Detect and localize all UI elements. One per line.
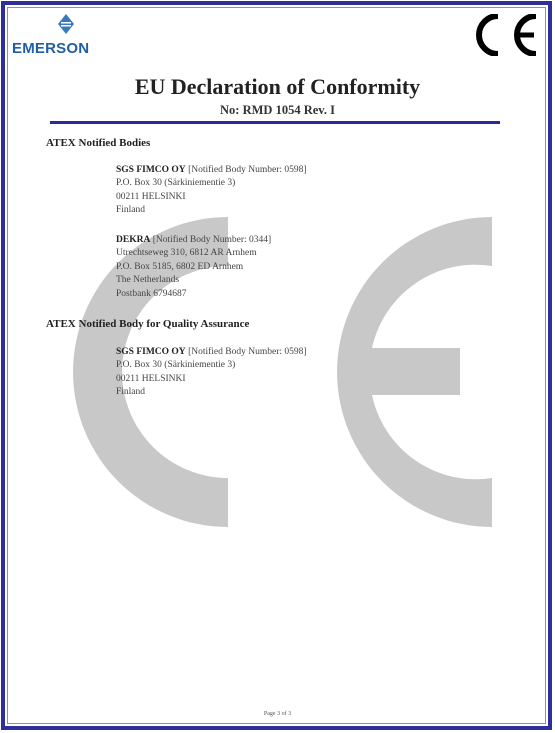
address-line: 00211 HELSINKI [116,191,307,204]
section-heading-quality-assurance: ATEX Notified Body for Quality Assurance [46,318,249,330]
header-rule [50,121,500,124]
document-number: No: RMD 1054 Rev. I [0,103,555,118]
entry-note: [Notified Body Number: 0344] [153,235,271,245]
emerson-diamond-icon [58,14,74,34]
address-line: P.O. Box 30 (Särkiniementie 3) [116,177,307,190]
address-line: Postbank 6794687 [116,288,271,301]
notified-body-entry: DEKRA [Notified Body Number: 0344] Utrec… [116,234,271,301]
entry-name: SGS FIMCO OY [116,165,186,175]
address-line: P.O. Box 30 (Särkiniementie 3) [116,359,307,372]
ce-mark-icon [466,14,540,56]
address-line: Finland [116,386,307,399]
address-line: 00211 HELSINKI [116,373,307,386]
notified-body-entry: SGS FIMCO OY [Notified Body Number: 0598… [116,346,307,400]
notified-body-entry: SGS FIMCO OY [Notified Body Number: 0598… [116,164,307,218]
entry-note: [Notified Body Number: 0598] [188,165,306,175]
entry-note: [Notified Body Number: 0598] [188,347,306,357]
address-line: The Netherlands [116,274,271,287]
page-number: Page 3 of 3 [0,711,555,717]
page-title: EU Declaration of Conformity [0,74,555,100]
emerson-logo: EMERSON [12,14,112,58]
entry-name: SGS FIMCO OY [116,347,186,357]
entry-name: DEKRA [116,235,150,245]
logo-text: EMERSON [12,40,89,57]
address-line: Finland [116,204,307,217]
address-line: Utrechtseweg 310, 6812 AR Arnhem [116,247,271,260]
address-line: P.O. Box 5185, 6802 ED Arnhem [116,261,271,274]
section-heading-atex-notified-bodies: ATEX Notified Bodies [46,137,150,149]
